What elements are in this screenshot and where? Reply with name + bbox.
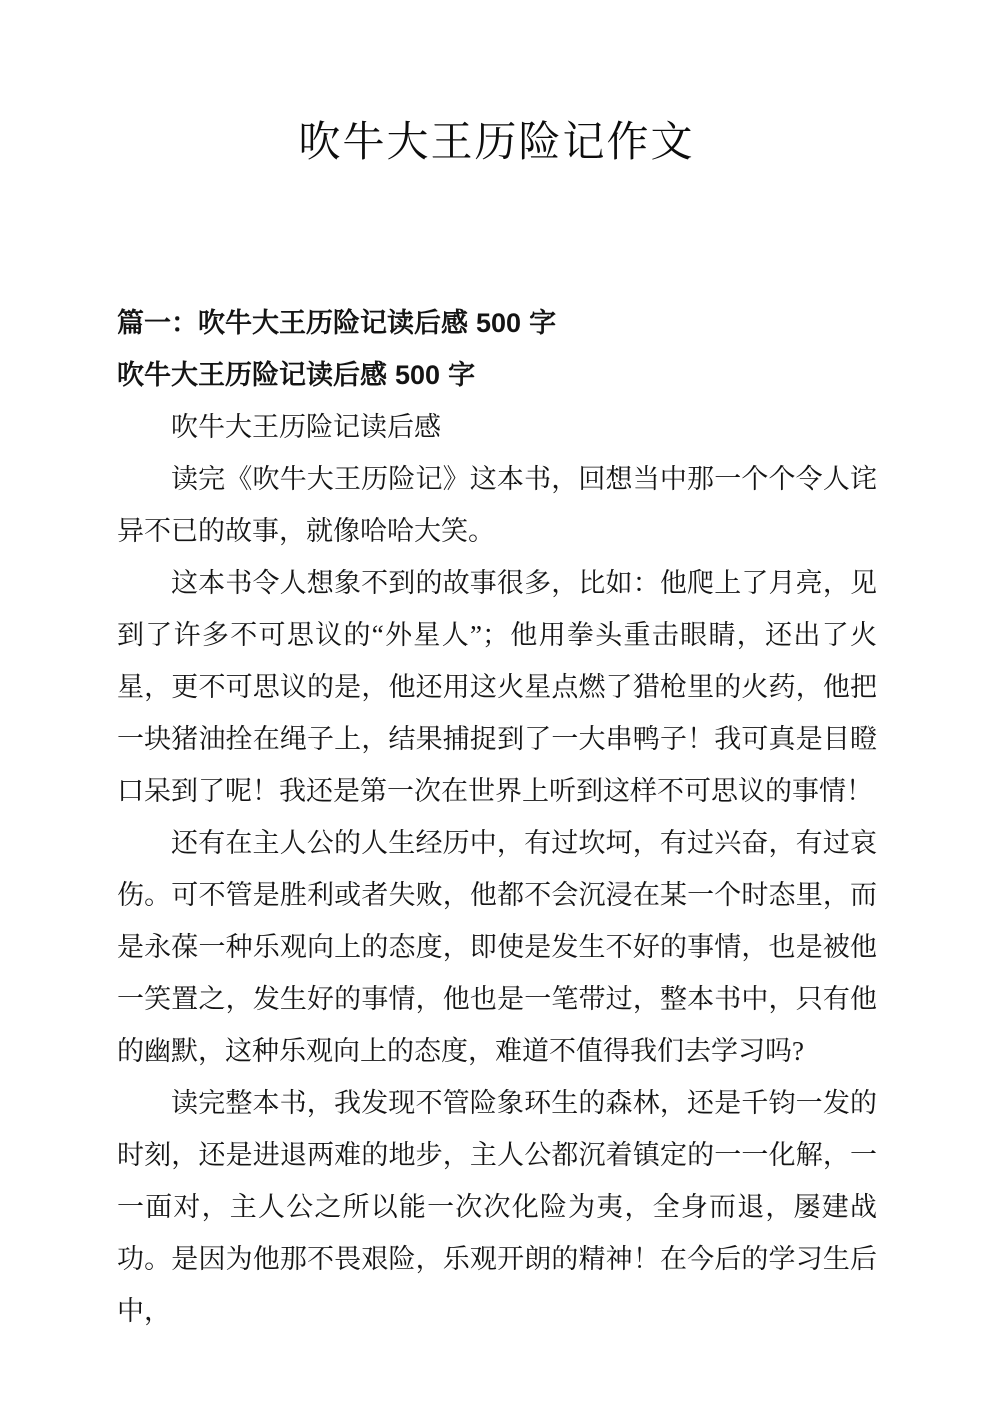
paragraph: 读完整本书，我发现不管险象环生的森林，还是千钧一发的时刻，还是进退两难的地步，主… xyxy=(117,1077,877,1337)
article-heading-suffix: 字 xyxy=(448,360,475,390)
paragraph: 还有在主人公的人生经历中，有过坎坷，有过兴奋，有过哀伤。可不管是胜利或者失败，他… xyxy=(117,817,877,1077)
paragraph: 读完《吹牛大王历险记》这本书，回想当中那一个个令人诧异不已的故事，就像哈哈大笑。 xyxy=(117,453,877,557)
section-heading: 篇一：吹牛大王历险记读后感500字 xyxy=(117,297,877,349)
article-heading-text: 吹牛大王历险记读后感 xyxy=(117,360,387,390)
document-body: 篇一：吹牛大王历险记读后感500字 吹牛大王历险记读后感500字 吹牛大王历险记… xyxy=(117,297,877,1337)
article-heading-number: 500 xyxy=(395,360,440,390)
document-title: 吹牛大王历险记作文 xyxy=(0,0,993,171)
document-page: 吹牛大王历险记作文 篇一：吹牛大王历险记读后感500字 吹牛大王历险记读后感50… xyxy=(0,0,993,1404)
article-heading: 吹牛大王历险记读后感500字 xyxy=(117,349,877,401)
article-subheading: 吹牛大王历险记读后感 xyxy=(117,401,877,453)
section-heading-suffix: 字 xyxy=(529,308,556,338)
section-heading-text: 篇一：吹牛大王历险记读后感 xyxy=(117,308,468,338)
paragraph: 这本书令人想象不到的故事很多，比如：他爬上了月亮，见到了许多不可思议的“外星人”… xyxy=(117,557,877,817)
section-heading-number: 500 xyxy=(476,308,521,338)
